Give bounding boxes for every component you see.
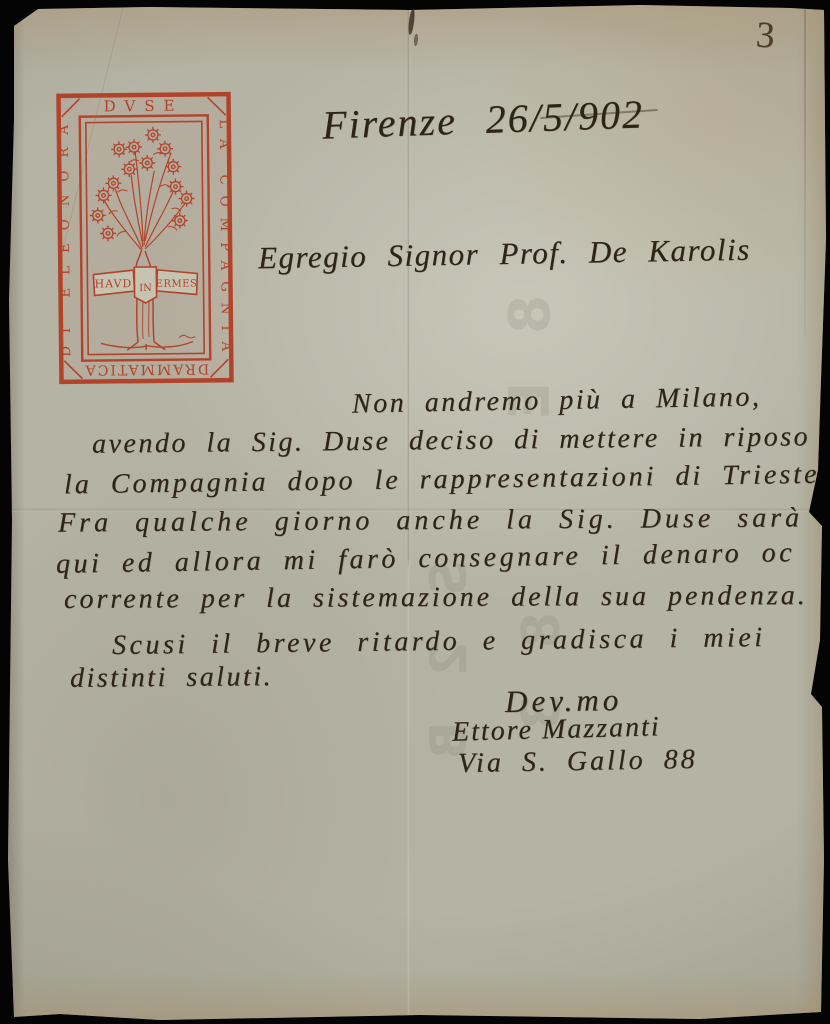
letter-paper: 8 E S 2 B 8 3 3 DVSE LA COMPAGNIA DI [0, 0, 830, 1024]
motto-text-center: IN [139, 283, 152, 294]
duse-company-stamp: DVSE LA COMPAGNIA DI ELEONORA DRAMMATICA [54, 90, 235, 386]
body-line: qui ed allora mi farò consegnare il dena… [56, 537, 796, 581]
body-line: distinti saluti. [70, 661, 273, 695]
stamp-legend-top: DVSE [104, 97, 184, 116]
motto-text-left: HAVD [95, 277, 133, 290]
stamp-legend-bottom: DRAMMATICA [83, 360, 209, 377]
body-line: avendo la Sig. Duse deciso di mettere in… [92, 421, 810, 461]
ink-smudge-top-cross [418, 1, 428, 5]
motto-text-right: ERMES [156, 278, 198, 289]
body-line: corrente per la sistemazione della sua p… [64, 580, 808, 616]
sender-address: Via S. Gallo 88 [458, 744, 698, 780]
body-line: Scusi il breve ritardo e gradisca i miei [112, 622, 766, 662]
stamp-emblem-svg: DVSE LA COMPAGNIA DI ELEONORA DRAMMATICA [54, 90, 235, 386]
body-line: la Compagnia dopo le rappresentazioni di… [64, 459, 830, 502]
ink-smudge-top-small [414, 34, 419, 46]
crease-right-edge [804, 6, 806, 336]
signature: Ettore Mazzanti [452, 711, 661, 748]
body-line: Fra qualche giorno anche la Sig. Duse sa… [58, 502, 803, 539]
salutation: Egregio Signor Prof. De Karolis [258, 232, 751, 277]
archival-page-number: 3 [755, 13, 776, 57]
dateline: Firenze 26/5/902 [321, 90, 644, 148]
body-line: Non andremo più a Milano, [352, 381, 762, 420]
scan-background: { "document": { "type_label": "handwritt… [0, 0, 830, 1024]
